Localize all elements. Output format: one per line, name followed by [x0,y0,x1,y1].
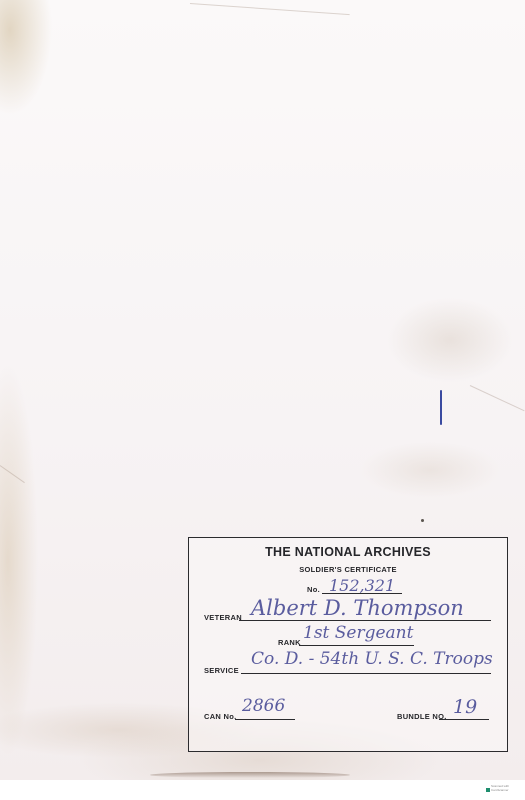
certificate-no-value: 152,321 [329,576,395,595]
can-no-label: CAN No. [204,712,237,721]
certificate-no-label: No. [307,585,320,594]
rank-value: 1st Sergeant [303,623,413,643]
bundle-no-rule [439,719,489,720]
service-label: SERVICE [204,666,239,675]
national-archives-label: THE NATIONAL ARCHIVES SOLDIER'S CERTIFIC… [188,537,508,752]
bundle-no-value: 19 [453,696,477,718]
rank-label: RANK [278,638,301,647]
camscanner-watermark: Scanned with CamScanner [486,784,518,797]
service-rule [241,673,491,674]
rank-rule [299,645,414,646]
service-value: Co. D. - 54th U. S. C. Troops [251,649,493,669]
envelope-paper: THE NATIONAL ARCHIVES SOLDIER'S CERTIFIC… [0,0,525,780]
blue-pen-mark [440,390,442,425]
ink-speck [421,519,424,522]
watermark-line-2: CamScanner [491,788,509,792]
label-title: THE NATIONAL ARCHIVES [189,545,507,559]
envelope-bottom-fold [150,772,350,778]
veteran-rule [239,620,491,621]
paper-crease [190,3,350,15]
paper-crease [0,465,25,483]
can-no-value: 2866 [242,696,285,716]
veteran-value: Albert D. Thompson [251,596,464,620]
can-no-rule [235,719,295,720]
label-subtitle: SOLDIER'S CERTIFICATE [189,565,507,574]
veteran-label: VETERAN [204,613,242,622]
paper-crease [470,385,525,411]
camscanner-logo-icon [486,788,490,792]
